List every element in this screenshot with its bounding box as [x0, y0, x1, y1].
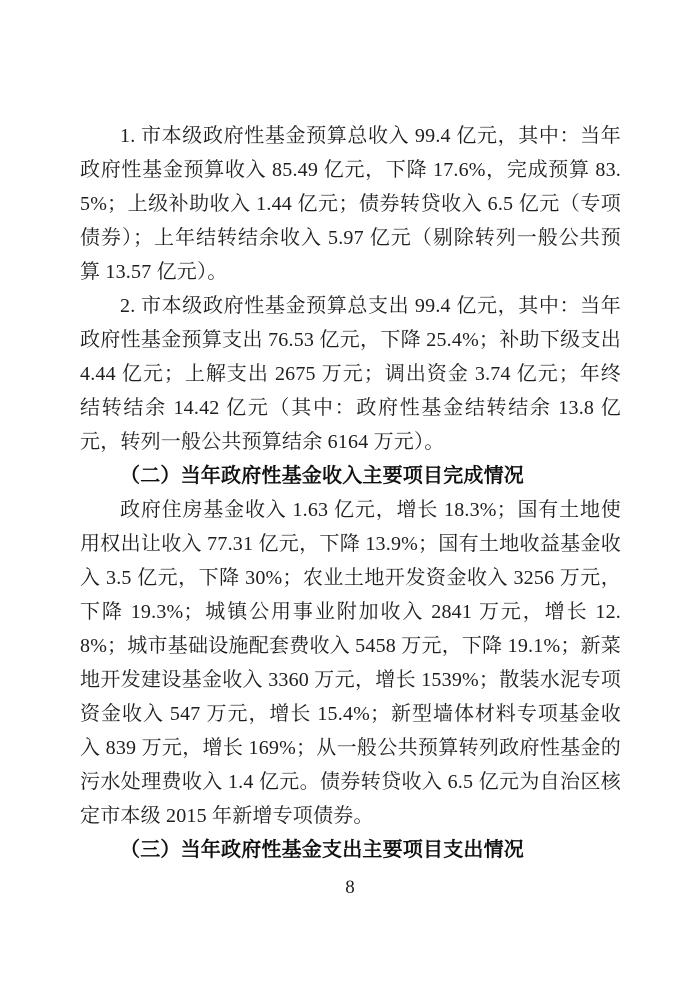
paragraph-gov-fund-total-revenue: 1. 市本级政府性基金预算总收入 99.4 亿元，其中：当年政府性基金预算收入 …: [80, 119, 621, 289]
section-heading-expenditure-items: （三）当年政府性基金支出主要项目支出情况: [80, 833, 621, 867]
paragraph-gov-fund-total-expenditure: 2. 市本级政府性基金预算总支出 99.4 亿元，其中：当年政府性基金预算支出 …: [80, 289, 621, 459]
page-number: 8: [0, 876, 700, 900]
section-heading-revenue-items: （二）当年政府性基金收入主要项目完成情况: [80, 459, 621, 493]
document-page: 1. 市本级政府性基金预算总收入 99.4 亿元，其中：当年政府性基金预算收入 …: [0, 0, 700, 990]
paragraph-revenue-items-detail: 政府住房基金收入 1.63 亿元，增长 18.3%；国有土地使用权出让收入 77…: [80, 493, 621, 833]
document-body: 1. 市本级政府性基金预算总收入 99.4 亿元，其中：当年政府性基金预算收入 …: [80, 119, 621, 867]
